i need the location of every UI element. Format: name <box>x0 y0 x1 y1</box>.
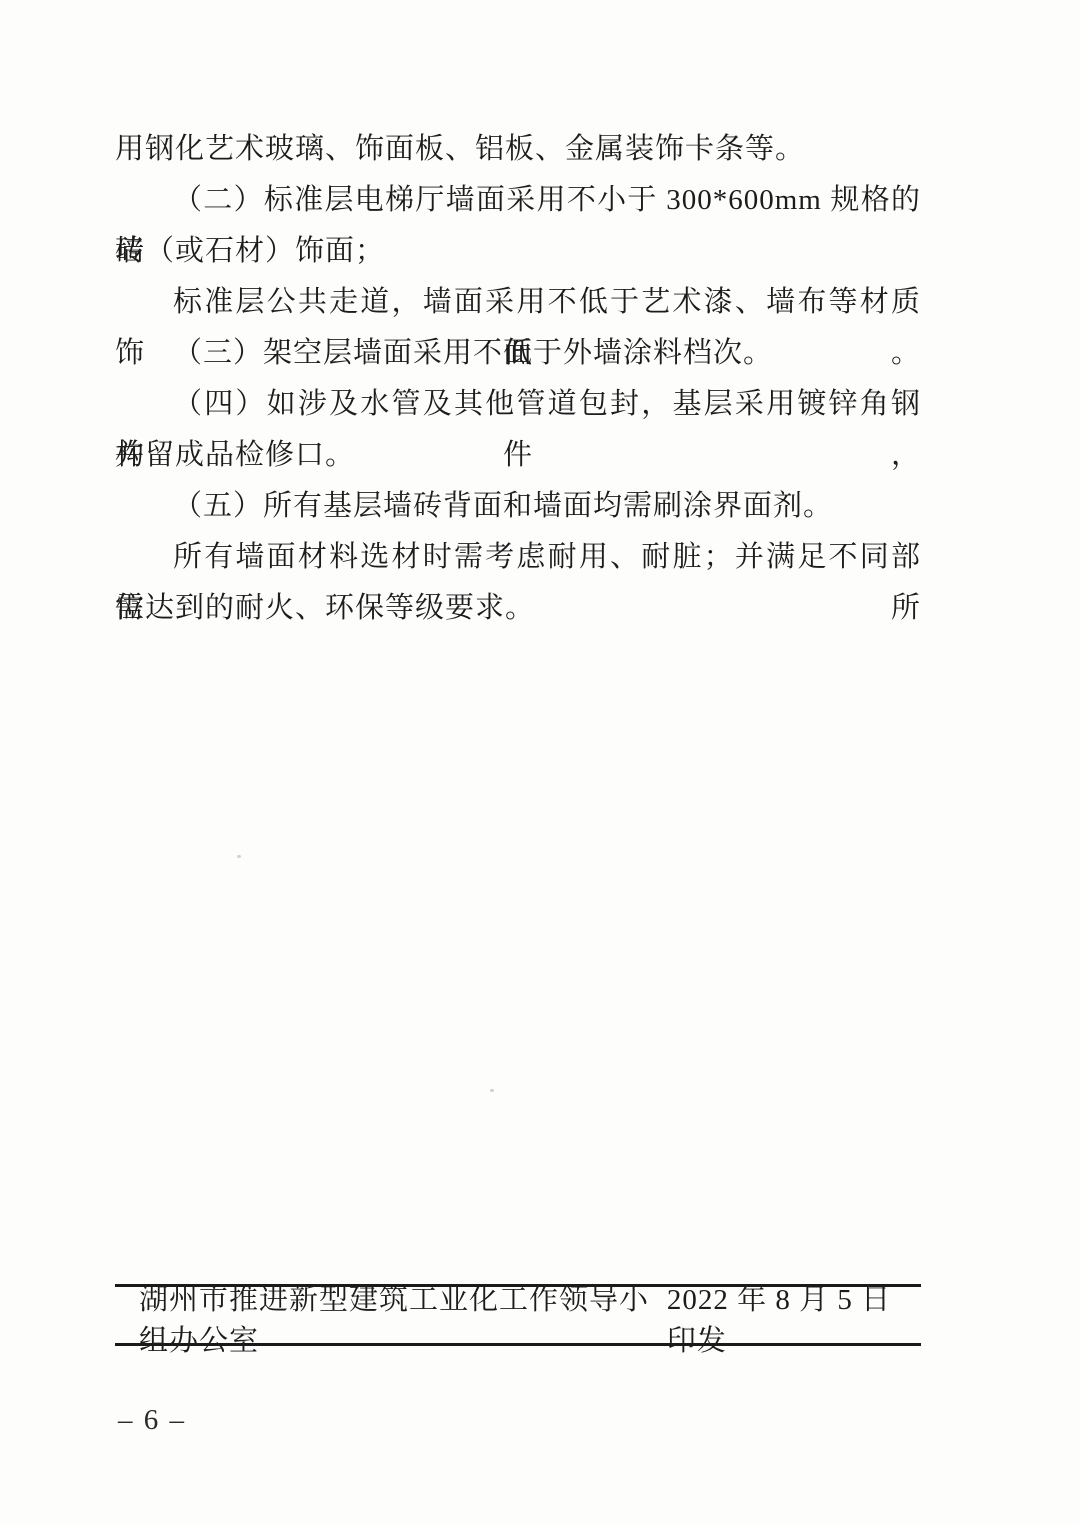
colophon: 湖州市推进新型建筑工业化工作领导小组办公室 2022 年 8 月 5 日印发 <box>115 1284 921 1346</box>
document-page: 用钢化艺术玻璃、饰面板、铝板、金属装饰卡条等。 （二）标准层电梯厅墙面采用不小于… <box>0 0 1080 1524</box>
scan-speck <box>237 855 241 858</box>
text-line: （二）标准层电梯厅墙面采用不小于 300*600mm 规格的墙 <box>115 175 921 226</box>
text-line: （四）如涉及水管及其他管道包封，基层采用镀锌角钢构件， <box>115 379 921 430</box>
document-body: 用钢化艺术玻璃、饰面板、铝板、金属装饰卡条等。 （二）标准层电梯厅墙面采用不小于… <box>115 124 921 634</box>
text-line: 砖（或石材）饰面； <box>115 226 921 277</box>
text-line: 所有墙面材料选材时需考虑耐用、耐脏；并满足不同部位所 <box>115 532 921 583</box>
print-date: 2022 年 8 月 5 日印发 <box>667 1277 905 1359</box>
page-number: – 6 – <box>118 1404 186 1437</box>
issuing-office: 湖州市推进新型建筑工业化工作领导小组办公室 <box>139 1277 667 1359</box>
scan-speck <box>490 1089 494 1092</box>
text-line: 用钢化艺术玻璃、饰面板、铝板、金属装饰卡条等。 <box>115 124 921 175</box>
text-line: 标准层公共走道，墙面采用不低于艺术漆、墙布等材质饰面。 <box>115 277 921 328</box>
text-line: （五）所有基层墙砖背面和墙面均需刷涂界面剂。 <box>115 481 921 532</box>
